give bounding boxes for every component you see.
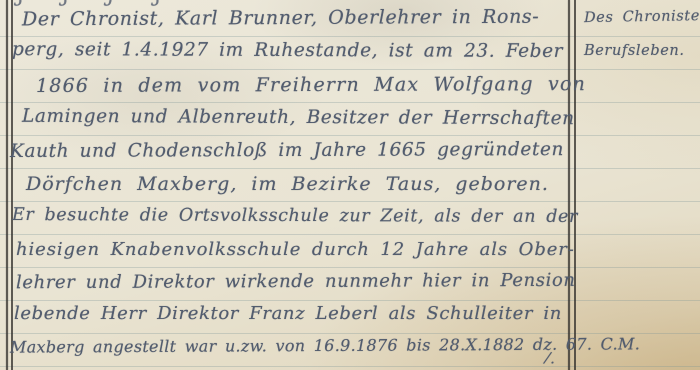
- body-line: perg, seit 1.4.1927 im Ruhestande, ist a…: [12, 41, 563, 61]
- body-line: 1866 in dem vom Freiherrn Max Wolfgang v…: [36, 75, 586, 96]
- chronicle-page: ʃ ʃ ʄ ʃ Der Chronist, Karl Brunner, Ober…: [0, 0, 700, 370]
- right-column-rule-outer: [568, 0, 570, 370]
- body-line: Lamingen und Albenreuth, Besitzer der He…: [22, 108, 575, 129]
- right-column-rule-inner: [574, 0, 576, 370]
- left-margin-rule-outer: [6, 0, 8, 370]
- margin-note-line: Des Chronisten: [584, 9, 700, 26]
- body-line: hiesigen Knabenvolksschule durch 12 Jahr…: [16, 241, 575, 259]
- previous-line-fragment: ʃ ʃ ʄ ʃ: [18, 0, 175, 6]
- body-line: Er besuchte die Ortsvolksschule zur Zeit…: [12, 207, 578, 226]
- margin-note-line: Berufsleben.: [584, 44, 685, 59]
- body-line: Der Chronist, Karl Brunner, Oberlehrer i…: [22, 8, 539, 30]
- body-line: Kauth und Chodenschloß im Jahre 1665 geg…: [10, 141, 564, 161]
- body-line: Dörfchen Maxberg, im Bezirke Taus, gebor…: [26, 175, 549, 194]
- flourish-mark: /.: [544, 350, 557, 366]
- body-line: lebende Herr Direktor Franz Leberl als S…: [14, 305, 562, 323]
- body-line: lehrer und Direktor wirkende nunmehr hie…: [16, 272, 576, 292]
